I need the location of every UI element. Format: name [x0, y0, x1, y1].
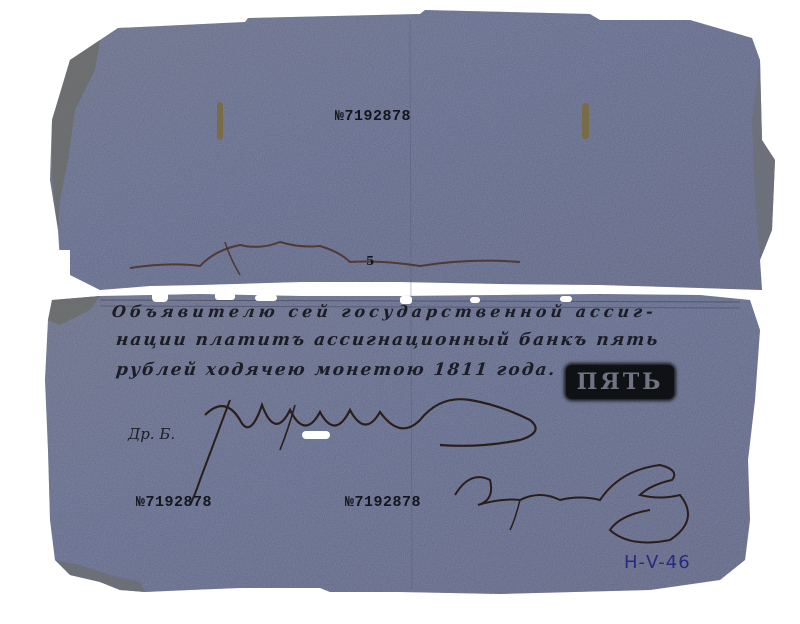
tear-hole: [302, 431, 330, 439]
denomination-word: ПЯТЬ: [577, 369, 664, 395]
text-line-1: Объявителю сей государственной ассиг-: [111, 302, 658, 321]
tear-hole: [255, 295, 277, 301]
rust-stain-left: [217, 102, 223, 140]
banknote: №7192878 №7192878 №7192878 5 Объявителю …: [0, 0, 800, 624]
denomination-small: 5: [366, 254, 374, 268]
text-line-2: нации платитъ ассигнационный банкъ пять: [115, 330, 661, 350]
tear-gap-left: [40, 250, 70, 295]
serial-number-bottom-center: №7192878: [345, 494, 421, 511]
serial-number-bottom-left: №7192878: [136, 494, 212, 511]
denomination-stamp: ПЯТЬ: [566, 365, 674, 399]
inventory-mark: Н-V-46: [624, 552, 691, 573]
tear-hole: [215, 292, 235, 300]
rust-stain-right: [582, 103, 589, 139]
text-line-3: рублей ходячею монетою 1811 года.: [115, 360, 558, 380]
tear-hole: [152, 288, 168, 302]
registrar-abbreviation: Др. Б.: [128, 425, 175, 443]
serial-number-top: №7192878: [335, 108, 411, 125]
